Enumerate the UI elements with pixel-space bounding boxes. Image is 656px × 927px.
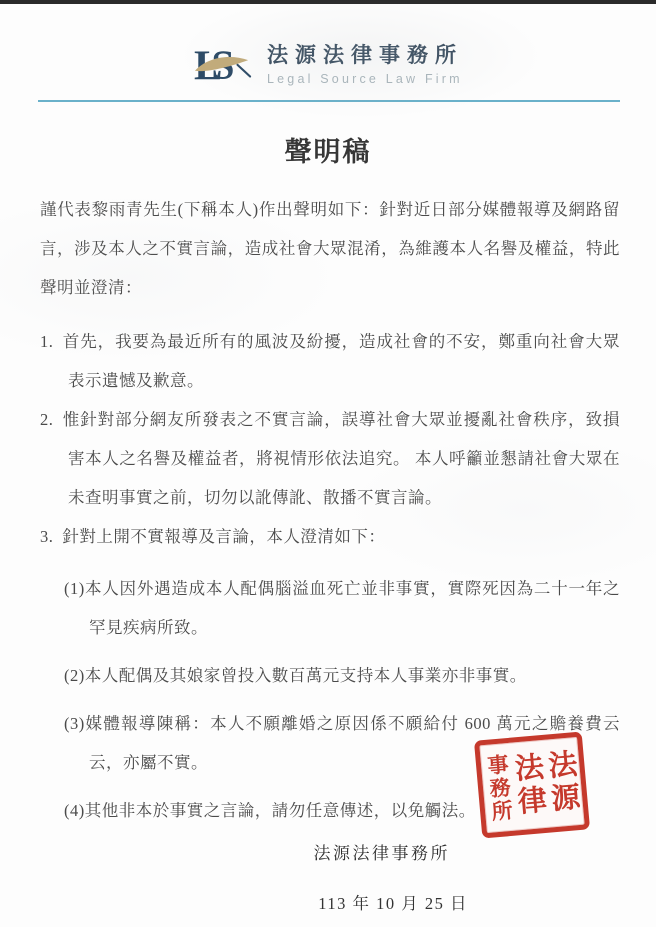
clarification-1-text: 本人因外遇造成本人配偶腦溢血死亡並非事實，實際死因為二十一年之罕見疾病所致。 [85,579,620,637]
seal-column-middle: 法律 [510,743,546,827]
letterhead: L S 法源法律事務所 Legal Source Law Firm [0,36,656,88]
intro-paragraph: 謹代表黎雨青先生(下稱本人)作出聲明如下：針對近日部分媒體報導及網路留言，涉及本… [40,190,620,307]
clarification-4-label: (4) [64,801,85,820]
signature-firm-name: 法源法律事務所 [40,839,450,869]
clarification-3-label: (3) [64,714,85,733]
signature-block: 法源法律事務所 113 年 10 月 25 日 [40,839,620,919]
scan-edge-artifact [0,0,656,4]
clarification-2-text: 本人配偶及其娘家曾投入數百萬元支持本人事業亦非事實。 [85,666,527,685]
list-item-2-text: 惟針對部分網友所發表之不實言論，誤導社會大眾並擾亂社會秩序，致損害本人之名譽及權… [62,410,620,507]
clarification-4-text: 其他非本於事實之言論，請勿任意傳述，以免觸法。 [85,801,476,820]
list-item-3: 3.針對上開不實報導及言論，本人澄清如下： [40,517,620,556]
firm-name-block: 法源法律事務所 Legal Source Law Firm [267,39,463,86]
list-item-3-text: 針對上開不實報導及言論，本人澄清如下： [62,527,385,546]
law-firm-logo-icon: L S [193,36,253,88]
list-item-1: 1.首先，我要為最近所有的風波及紛擾，造成社會的不安，鄭重向社會大眾表示遺憾及歉… [40,322,620,400]
firm-name-zh: 法源法律事務所 [267,39,463,69]
seal-column-left: 事務所 [485,746,513,830]
red-firm-seal-stamp: 事務所 法律 法源 [474,731,590,838]
list-item-2: 2.惟針對部分網友所發表之不實言論，誤導社會大眾並擾亂社會秩序，致損害本人之名譽… [40,400,620,517]
statement-date: 113 年 10 月 25 日 [40,889,468,919]
clarification-2: (2)本人配偶及其娘家曾投入數百萬元支持本人事業亦非事實。 [64,656,620,695]
clarification-2-label: (2) [64,666,85,685]
document-title: 聲明稿 [0,136,656,168]
clarification-1-label: (1) [64,579,85,598]
clarification-1: (1)本人因外遇造成本人配偶腦溢血死亡並非事實，實際死因為二十一年之罕見疾病所致… [64,569,620,647]
seal-column-right: 法源 [543,740,579,824]
list-item-2-number: 2. [40,410,53,429]
list-item-1-text: 首先，我要為最近所有的風波及紛擾，造成社會的不安，鄭重向社會大眾表示遺憾及歉意。 [62,332,620,390]
firm-name-en: Legal Source Law Firm [267,72,463,86]
list-item-3-number: 3. [40,527,53,546]
statement-document: L S 法源法律事務所 Legal Source Law Firm 聲明稿 謹代… [0,0,656,927]
list-item-1-number: 1. [40,332,53,351]
header-divider [38,100,620,102]
